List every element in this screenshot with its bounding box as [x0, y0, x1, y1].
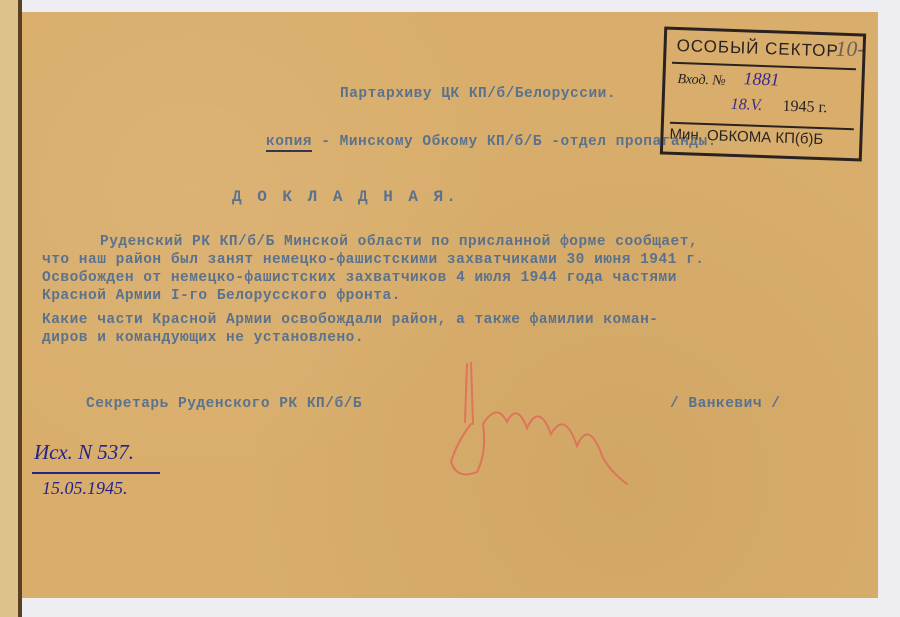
body-line: Освобожден от немецко-фашистских захватч…: [42, 270, 677, 286]
outgoing-date: 15.05.1945.: [42, 478, 128, 499]
signatory-name: / Ванкевич /: [670, 396, 780, 412]
copy-recipient: - Минскому Обкому КП/б/Б -отдел пропаган…: [312, 134, 717, 150]
document-title: Д О К Л А Д Н А Я.: [232, 188, 459, 206]
outgoing-number: Исх. N 537.: [34, 440, 134, 465]
outgoing-divider: [32, 472, 160, 474]
body-line: Руденский РК КП/б/Б Минской области по п…: [100, 234, 698, 250]
body-line: диров и командующих не установлено.: [42, 330, 364, 346]
signatory-title: Секретарь Руденского РК КП/б/Б: [86, 396, 362, 412]
body-line: что наш район был занят немецко-фашистск…: [42, 252, 705, 268]
stamp-year: 1945 г.: [782, 98, 827, 118]
stamp-date: 18.V.: [730, 96, 762, 115]
stamp-incoming-label: Вход. №: [677, 72, 726, 90]
red-pencil-signature: [447, 362, 647, 492]
stamp-title: ОСОБЫЙ СЕКТОР: [676, 36, 839, 62]
body-line: Какие части Красной Армии освобождали ра…: [42, 312, 659, 328]
addressee-line-2: копия - Минскому Обкому КП/б/Б -отдел пр…: [266, 134, 717, 150]
adjacent-page-edge: [0, 0, 19, 617]
document-sheet: -10- ОСОБЫЙ СЕКТОР Вход. № 1881 18.V. 19…: [22, 12, 878, 598]
addressee-line-1: Партархиву ЦК КП/б/Белоруссии.: [340, 86, 616, 102]
copy-label: копия: [266, 134, 312, 152]
stamp-incoming-number: 1881: [743, 68, 780, 90]
body-line: Красной Армии I-го Белорусского фронта.: [42, 288, 401, 304]
